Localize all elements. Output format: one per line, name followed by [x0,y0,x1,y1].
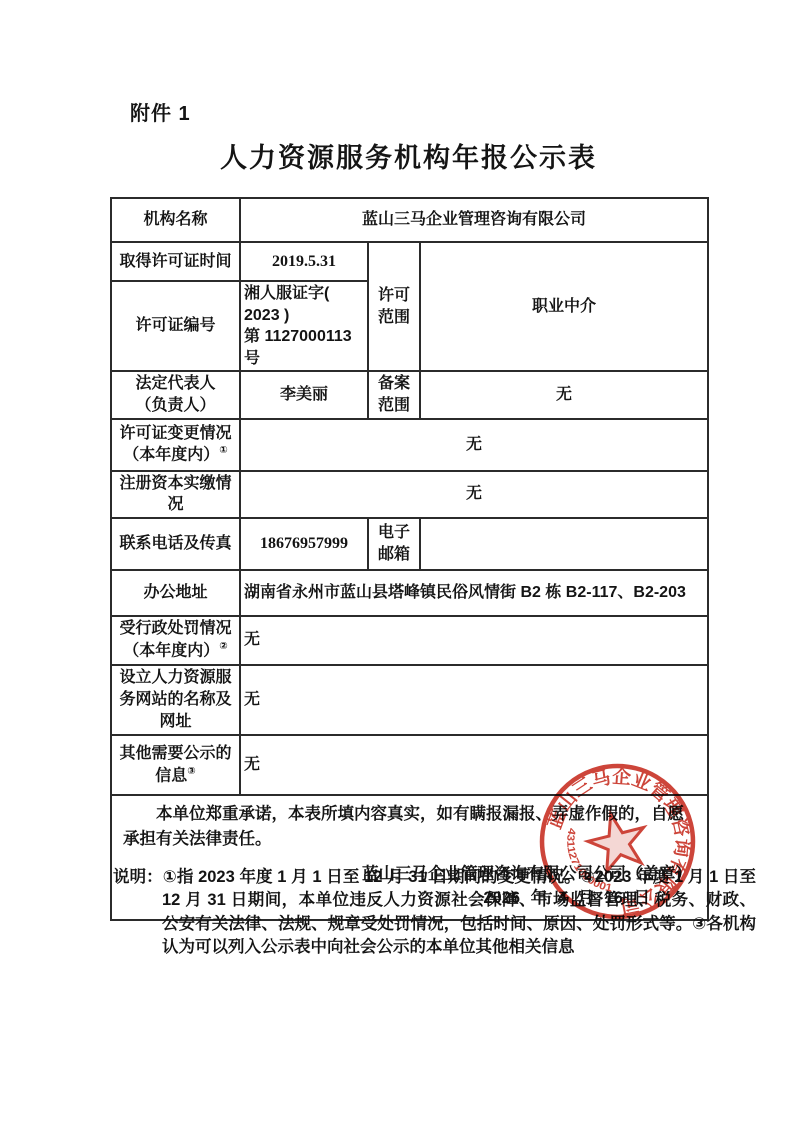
website-label: 设立人力资源服 务网站的名称及 网址 [111,665,240,735]
capital-value: 无 [240,471,708,518]
legal-rep-label: 法定代表人 （负责人） [111,371,240,418]
email-label: 电子 邮箱 [368,518,420,570]
other-info-label: 其他需要公示的 信息③ [111,735,240,795]
license-no-value: 湘人服证字( 2023 ) 第 1127000113 号 [240,281,368,371]
footnote-text: 说明：①指 2023 年度 1 月 1 日至 12 月 31 日期间的变更情况。… [113,866,756,960]
capital-label: 注册资本实缴情况 [111,471,240,518]
row-license-time: 取得许可证时间 2019.5.31 许可 范围 职业中介 [111,242,708,281]
record-scope-value: 无 [420,371,708,418]
legal-rep-value: 李美丽 [240,371,368,418]
row-phone: 联系电话及传真 18676957999 电子 邮箱 [111,518,708,570]
license-time-label: 取得许可证时间 [111,242,240,281]
license-no-label: 许可证编号 [111,281,240,371]
phone-label: 联系电话及传真 [111,518,240,570]
footnote-mark-3: ③ [187,766,195,777]
row-address: 办公地址 湖南省永州市蓝山县塔峰镇民俗风情街 B2 栋 B2-117、B2-20… [111,570,708,616]
row-legal-rep: 法定代表人 （负责人） 李美丽 备案 范围 无 [111,371,708,418]
other-info-value: 无 [240,735,708,795]
email-value [420,518,708,570]
org-name-label: 机构名称 [111,198,240,242]
license-change-label: 许可证变更情况 （本年度内）① [111,419,240,471]
row-org-name: 机构名称 蓝山三马企业管理咨询有限公司 [111,198,708,242]
website-value: 无 [240,665,708,735]
footnote-mark-2: ② [219,641,227,652]
footnote-mark-1: ① [219,445,227,456]
org-name-value: 蓝山三马企业管理咨询有限公司 [240,198,708,242]
annual-report-table: 机构名称 蓝山三马企业管理咨询有限公司 取得许可证时间 2019.5.31 许可… [110,197,709,921]
penalty-label: 受行政处罚情况 （本年度内）② [111,616,240,665]
scanned-document-page: 附件 1 人力资源服务机构年报公示表 机构名称 蓝山三马企业管理咨询有限公司 取… [0,0,793,1122]
row-capital: 注册资本实缴情况 无 [111,471,708,518]
row-license-change: 许可证变更情况 （本年度内）① 无 [111,419,708,471]
phone-value: 18676957999 [240,518,368,570]
permit-scope-label: 许可 范围 [368,242,420,371]
row-website: 设立人力资源服 务网站的名称及 网址 无 [111,665,708,735]
permit-scope-value: 职业中介 [420,242,708,371]
row-penalty: 受行政处罚情况 （本年度内）② 无 [111,616,708,665]
record-scope-label: 备案 范围 [368,371,420,418]
declaration-text: 本单位郑重承诺，本表所填内容真实，如有瞒报漏报、弄虚作假的，自愿承担有关法律责任… [123,802,696,853]
penalty-value: 无 [240,616,708,665]
address-label: 办公地址 [111,570,240,616]
address-value: 湖南省永州市蓝山县塔峰镇民俗风情街 B2 栋 B2-117、B2-203 [240,570,708,616]
license-time-value: 2019.5.31 [240,242,368,281]
page-title: 人力资源服务机构年报公示表 [110,136,707,175]
row-other-info: 其他需要公示的 信息③ 无 [111,735,708,795]
license-change-value: 无 [240,419,708,471]
attachment-label: 附件 1 [130,97,191,126]
